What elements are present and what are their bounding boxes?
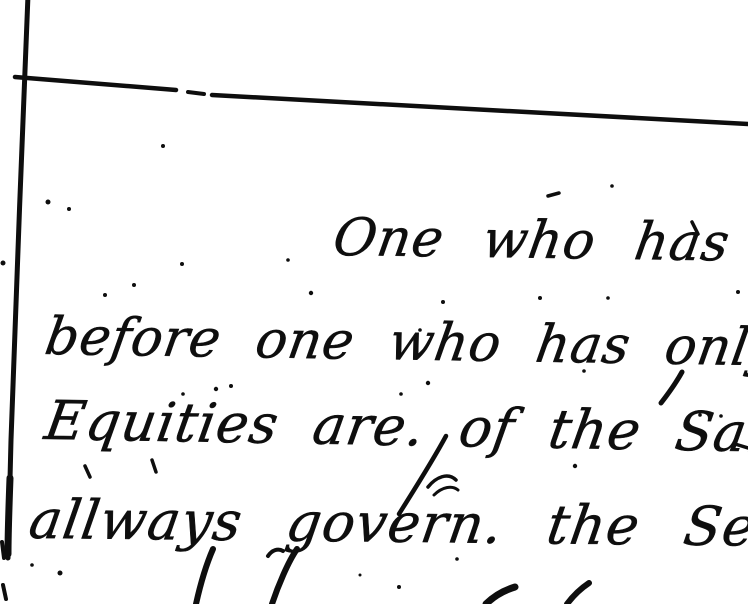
handwriting-line-2: before one who has only a bbox=[42, 311, 748, 375]
handwriting-line-4: allways govern. the Sense bbox=[26, 493, 748, 556]
margin-vertical-line bbox=[2, 0, 28, 599]
handwriting-line-1: One who has L bbox=[330, 212, 748, 270]
handwriting-line-3: Equities are. of the Same bbox=[41, 394, 748, 462]
ruled-horizontal-line bbox=[15, 77, 748, 124]
manuscript-page: One who has L before one who has only a … bbox=[0, 0, 748, 604]
partial-line-strokes bbox=[196, 549, 589, 604]
